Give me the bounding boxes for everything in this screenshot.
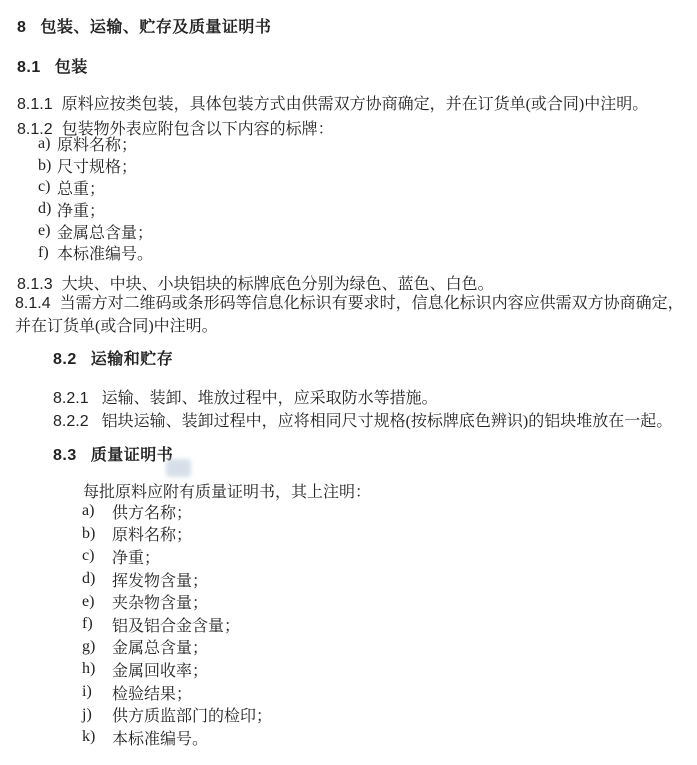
list-item-text: 夹杂物含量； [112, 590, 208, 613]
certificate-intro-paragraph: 每批原料应附有质量证明书，其上注明： [83, 479, 371, 502]
list-item-text: 净重； [112, 545, 160, 568]
list-item-text: 挥发物含量； [112, 568, 208, 591]
chapter-title: 包装、运输、贮存及质量证明书 [40, 19, 271, 36]
list-item-letter: e) [38, 222, 57, 240]
list-item: i)检验结果； [82, 681, 272, 704]
section-number: 8.2 [53, 351, 77, 369]
section-heading-8-1: 8.1包装 [17, 54, 88, 77]
clause-8-2-1: 8.2.1运输、装卸、堆放过程中，应采取防水等措施。 [53, 385, 438, 408]
section-heading-8-2: 8.2运输和贮存 [53, 346, 173, 369]
list-item-text: 供方名称； [112, 500, 192, 523]
list-item: e)金属总含量； [38, 220, 153, 242]
list-item: e)夹杂物含量； [82, 590, 272, 613]
list-item-letter: k) [82, 728, 112, 746]
list-item-text: 检验结果； [112, 681, 192, 704]
clause-8-1-1: 8.1.1原料应按类包装，具体包装方式由供需双方协商确定，并在订货单(或合同)中… [17, 91, 648, 114]
list-item-text: 尺寸规格； [57, 154, 137, 177]
list-item-letter: i) [82, 683, 112, 701]
list-item: j)供方质监部门的检印； [82, 703, 272, 726]
clause-8-1-4: 8.1.4当需方对二维码或条形码等信息化标识有要求时，信息化标识内容应供需双方协… [15, 293, 686, 338]
list-item-letter: f) [82, 615, 112, 633]
clause-text: 铝块运输、装卸过程中，应将相同尺寸规格(按标牌底色辨识)的铝块堆放在一起。 [102, 413, 673, 430]
clause-number: 8.2.2 [53, 413, 89, 431]
document-page: 8包装、运输、贮存及质量证明书 8.1包装 8.1.1原料应按类包装，具体包装方… [0, 0, 697, 765]
clause-number: 8.1.1 [17, 96, 53, 114]
chapter-number: 8 [17, 19, 26, 37]
list-item: h)金属回收率； [82, 658, 272, 681]
section-number: 8.1 [17, 59, 41, 77]
clause-text: 当需方对二维码或条形码等信息化标识有要求时，信息化标识内容应供需双方协商确定，并… [15, 295, 684, 335]
list-item-letter: b) [82, 525, 112, 543]
section-title: 包装 [55, 59, 88, 76]
list-item-letter: f) [38, 244, 57, 262]
list-item-letter: c) [38, 178, 57, 196]
list-item: b)尺寸规格； [38, 155, 153, 177]
list-item-letter: d) [82, 570, 112, 588]
clause-8-2-2: 8.2.2铝块运输、装卸过程中，应将相同尺寸规格(按标牌底色辨识)的铝块堆放在一… [53, 408, 672, 431]
list-item-text: 原料名称； [112, 522, 192, 545]
list-item-text: 铝及铝合金含量； [112, 613, 240, 636]
list-item: c)总重； [38, 177, 153, 199]
list-item-text: 金属总含量； [57, 220, 153, 243]
clause-number: 8.1.4 [15, 293, 51, 316]
chapter-heading: 8包装、运输、贮存及质量证明书 [17, 14, 271, 37]
clause-8-1-3: 8.1.3大块、中块、小块铝块的标牌底色分别为绿色、蓝色、白色。 [17, 271, 494, 294]
list-item: b)原料名称； [82, 523, 272, 546]
clause-text: 原料应按类包装，具体包装方式由供需双方协商确定，并在订货单(或合同)中注明。 [62, 96, 649, 113]
clause-text: 大块、中块、小块铝块的标牌底色分别为绿色、蓝色、白色。 [62, 276, 494, 293]
list-item-letter: j) [82, 706, 112, 724]
section-title: 运输和贮存 [91, 351, 174, 368]
certificate-content-list: a)供方名称； b)原料名称； c)净重； d)挥发物含量； e)夹杂物含量； … [82, 500, 272, 749]
list-item: f)铝及铝合金含量； [82, 613, 272, 636]
list-item-text: 本标准编号。 [57, 241, 153, 264]
list-item-text: 总重； [57, 176, 105, 199]
list-item: f)本标准编号。 [38, 242, 153, 264]
list-item-text: 净重； [57, 198, 105, 221]
list-item: k)本标准编号。 [82, 726, 272, 749]
list-item-letter: d) [38, 200, 57, 218]
label-plate-content-list: a)原料名称； b)尺寸规格； c)总重； d)净重； e)金属总含量； f)本… [38, 133, 153, 264]
list-item-text: 本标准编号。 [112, 726, 208, 749]
clause-number: 8.2.1 [53, 390, 89, 408]
section-title: 质量证明书 [91, 447, 174, 464]
clause-number: 8.1.3 [17, 276, 53, 294]
list-item-letter: b) [38, 157, 57, 175]
scan-smudge-artifact [166, 459, 191, 477]
list-item: c)净重； [82, 545, 272, 568]
list-item-text: 供方质监部门的检印； [112, 703, 272, 726]
clause-text: 运输、装卸、堆放过程中，应采取防水等措施。 [102, 390, 438, 407]
section-number: 8.3 [53, 447, 77, 465]
intro-text: 每批原料应附有质量证明书，其上注明： [83, 484, 371, 501]
list-item-letter: c) [82, 547, 112, 565]
list-item-text: 金属总含量； [112, 635, 208, 658]
list-item-text: 金属回收率； [112, 658, 208, 681]
list-item: g)金属总含量； [82, 636, 272, 659]
list-item: a)原料名称； [38, 133, 153, 155]
list-item-text: 原料名称； [57, 132, 137, 155]
list-item-letter: a) [82, 502, 112, 520]
list-item: d)净重； [38, 198, 153, 220]
list-item-letter: e) [82, 593, 112, 611]
list-item: a)供方名称； [82, 500, 272, 523]
list-item-letter: h) [82, 660, 112, 678]
list-item-letter: a) [38, 135, 57, 153]
list-item-letter: g) [82, 638, 112, 656]
list-item: d)挥发物含量； [82, 568, 272, 591]
section-heading-8-3: 8.3质量证明书 [53, 442, 173, 465]
